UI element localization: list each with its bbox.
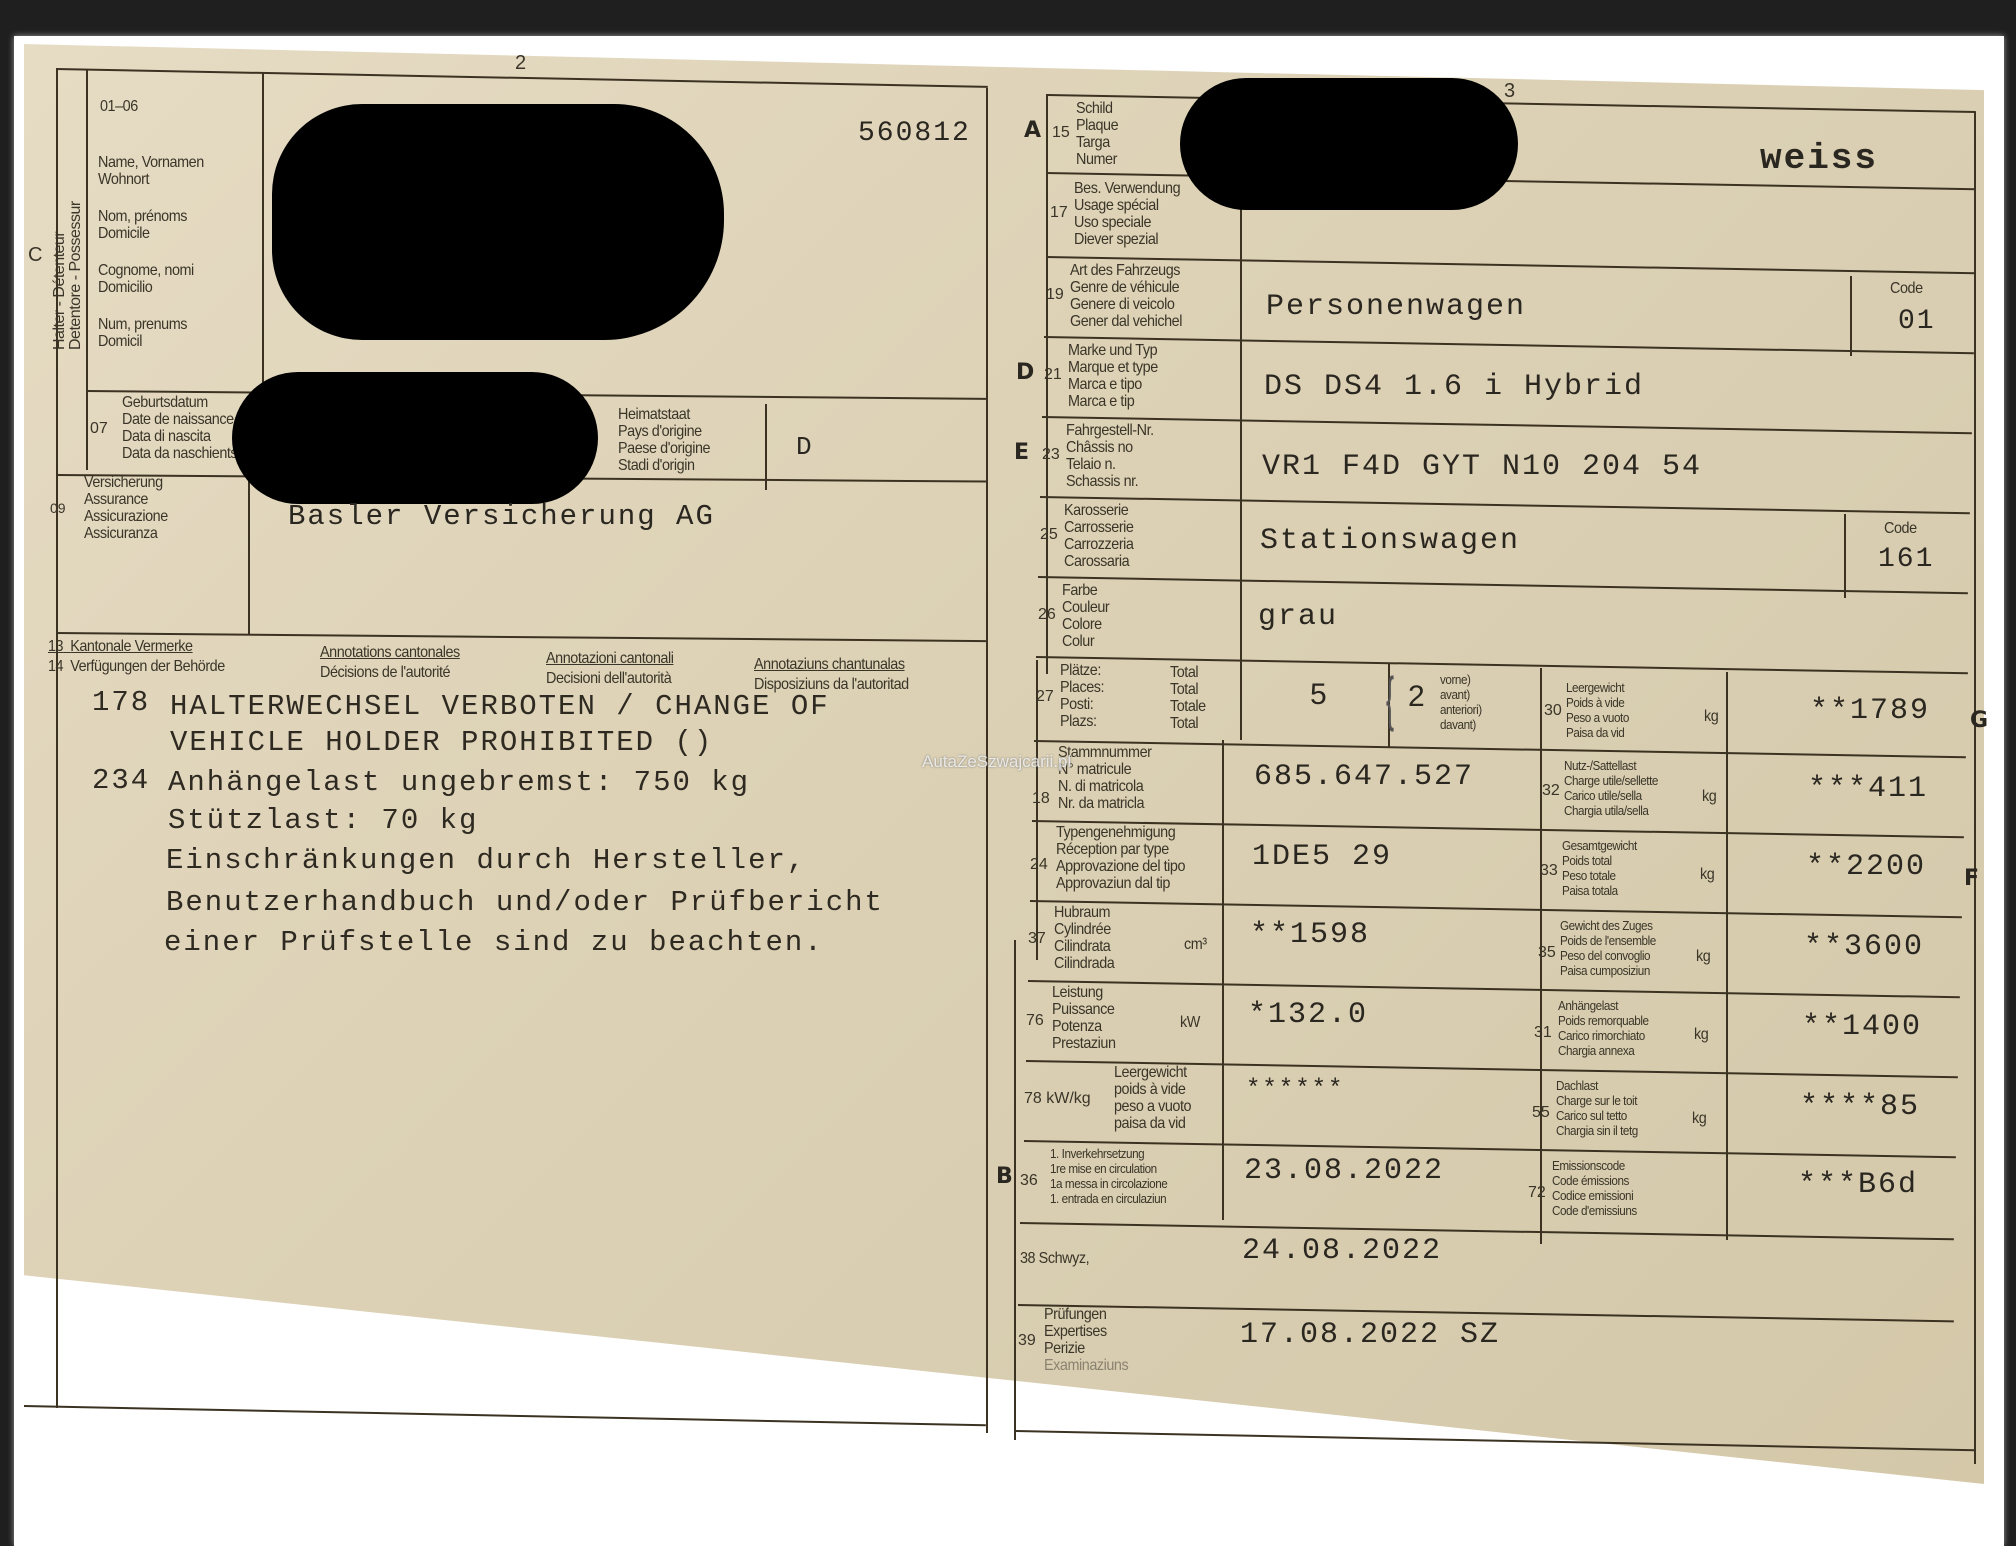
make-type-labels: Marke und TypMarque et typeMarca e tipoM… <box>1068 342 1158 410</box>
remark-line: einer Prüfstelle sind zu beachten. <box>164 924 824 962</box>
type-approval-labels: TypengenehmigungRéception par typeApprov… <box>1056 824 1185 892</box>
seats-total-value: 5 <box>1310 678 1329 712</box>
empty-weight-value: **1789 <box>1810 694 1930 728</box>
registration-number-labels: StammnummerN° matriculeN. di matricolaNr… <box>1058 744 1151 812</box>
seats-front-labels: vorne)avant)anteriori)davant) <box>1440 672 1482 732</box>
remark-line: Einschränkungen durch Hersteller, <box>166 842 806 880</box>
page-number-right: 3 <box>1504 80 1515 103</box>
body-code: 161 <box>1878 544 1934 575</box>
origin-value: D <box>796 432 814 462</box>
frame-line <box>86 70 88 470</box>
payload-labels: Nutz-/SattellastCharge utile/selletteCar… <box>1564 758 1658 818</box>
trailer-load-value: **1400 <box>1802 1010 1922 1044</box>
unit-kg: kg <box>1700 866 1714 883</box>
seats-brace: { <box>1386 664 1394 733</box>
frame-line <box>1726 672 1728 1240</box>
train-weight-value: **3600 <box>1804 930 1924 964</box>
first-registration-labels: 1. Inverkehrsetzung1re mise en circulati… <box>1050 1146 1167 1206</box>
side-letter-a: A <box>1024 118 1041 143</box>
remark-code: 234 <box>92 762 150 800</box>
roof-load-labels: DachlastCharge sur le toitCarico sul tet… <box>1556 1078 1638 1138</box>
row-code: 72 <box>1528 1184 1546 1202</box>
insurance-field-labels: Versicherung Assurance Assicurazione Ass… <box>84 474 168 542</box>
row-code: 76 <box>1026 1012 1044 1030</box>
emission-code-labels: EmissionscodeCode émissionsCodice emissi… <box>1552 1158 1637 1218</box>
power-weight-value: ****** <box>1246 1076 1344 1103</box>
row-code: 31 <box>1534 1024 1552 1042</box>
insurance-value: Basler Versicherung AG <box>288 500 715 533</box>
redacted-birth-date <box>232 372 598 504</box>
frame-line <box>1974 112 1976 1464</box>
remarks-header-13-it: Annotazioni cantonali <box>546 650 673 667</box>
vehicle-type-labels: Art des FahrzeugsGenre de véhiculeGenere… <box>1070 262 1182 330</box>
body-value: Stationswagen <box>1260 524 1520 558</box>
side-letter-g: G <box>1970 708 1988 733</box>
frame-line <box>1850 276 1852 356</box>
document-number: 560812 <box>858 118 971 149</box>
power-value: *132.0 <box>1248 998 1368 1032</box>
seats-total-labels: TotalTotalTotaleTotal <box>1170 664 1206 732</box>
remarks-header-13: 13 Kantonale Vermerke <box>48 638 193 655</box>
roof-load-value: ****85 <box>1800 1090 1920 1124</box>
window-top-bar <box>0 0 2016 28</box>
frame-line <box>248 474 250 634</box>
row-code: 36 <box>1020 1172 1038 1190</box>
plate-labels: SchildPlaqueTargaNumer <box>1076 100 1118 168</box>
remark-line: VEHICLE HOLDER PROHIBITED () <box>170 724 713 762</box>
row-code: 18 <box>1032 790 1050 808</box>
code-label: Code <box>1884 520 1917 537</box>
unit-kg: kg <box>1702 788 1716 805</box>
remark-code: 178 <box>92 684 150 722</box>
remark-line: Stützlast: 70 kg <box>168 802 478 840</box>
row-code: 27 <box>1036 688 1054 706</box>
power-labels: LeistungPuissancePotenzaPrestaziun <box>1052 984 1116 1052</box>
plate-color-value: weiss <box>1760 138 1878 179</box>
unit-kg: kg <box>1694 1026 1708 1043</box>
frame-line <box>262 72 264 392</box>
remarks-header-14-fr: Décisions de l'autorité <box>320 664 450 681</box>
frame-line <box>1046 94 1048 674</box>
holder-field-labels: Name, Vornamen Wohnort Nom, prénoms Domi… <box>98 154 204 350</box>
total-weight-value: **2200 <box>1806 850 1926 884</box>
holder-vertical-label: Halter - Détenteur Detentore - Possessur <box>52 201 84 350</box>
frame-line <box>765 404 767 490</box>
issue-date-value: 24.08.2022 <box>1242 1234 1442 1268</box>
row-code: 24 <box>1030 856 1048 874</box>
unit-kg: kg <box>1696 948 1710 965</box>
displacement-unit: cm³ <box>1184 936 1207 953</box>
trailer-load-labels: AnhängelastPoids remorquableCarico rimor… <box>1558 998 1649 1058</box>
payload-value: ***411 <box>1808 772 1928 806</box>
seats-labels: Plätze:Places:Posti:Plazs: <box>1060 662 1104 730</box>
vehicle-type-code: 01 <box>1898 306 1936 337</box>
row-code: 15 <box>1052 124 1070 142</box>
remarks-header-13-fr: Annotations cantonales <box>320 644 460 661</box>
row-code: 39 <box>1018 1332 1036 1350</box>
registration-number-value: 685.647.527 <box>1254 760 1474 794</box>
remarks-header-14-it: Decisioni dell'autorità <box>546 670 671 687</box>
origin-field-labels: Heimatstaat Pays d'origine Paese d'origi… <box>618 406 710 474</box>
row-code: 23 <box>1042 446 1060 464</box>
side-letter-c: C <box>28 244 42 267</box>
frame-line <box>1014 940 1016 1440</box>
side-letter-b: B <box>996 1164 1013 1189</box>
color-labels: FarbeCouleurColoreColur <box>1062 582 1109 650</box>
power-weight-labels: Leergewichtpoids à videpeso a vuotopaisa… <box>1114 1064 1191 1132</box>
empty-weight-labels: LeergewichtPoids à videPeso a vuotoPaisa… <box>1566 680 1629 740</box>
row-code: 30 <box>1544 702 1562 720</box>
emission-code-value: ***B6d <box>1798 1168 1918 1202</box>
inspection-labels: PrüfungenExpertisesPerizieExaminaziuns <box>1044 1306 1128 1374</box>
side-letter-e: E <box>1014 440 1029 465</box>
row-code: 21 <box>1044 366 1062 384</box>
first-registration-value: 23.08.2022 <box>1244 1154 1444 1188</box>
remark-line: Anhängelast ungebremst: 750 kg <box>168 764 750 802</box>
power-unit: kW <box>1180 1014 1200 1031</box>
inspection-value: 17.08.2022 SZ <box>1240 1318 1500 1352</box>
color-value: grau <box>1258 600 1338 634</box>
row-code: 32 <box>1542 782 1560 800</box>
row-code: 17 <box>1050 204 1068 222</box>
row-code: 37 <box>1028 930 1046 948</box>
total-weight-labels: GesamtgewichtPoids totalPeso totalePaisa… <box>1562 838 1637 898</box>
insurance-field-code: 09 <box>50 500 66 516</box>
frame-line <box>1240 180 1242 740</box>
remark-line: HALTERWECHSEL VERBOTEN / CHANGE OF <box>170 688 830 726</box>
displacement-value: **1598 <box>1250 918 1370 952</box>
remark-line: Benutzerhandbuch und/oder Prüfbericht <box>166 884 884 922</box>
special-use-labels: Bes. VerwendungUsage spécialUso speciale… <box>1074 180 1180 248</box>
unit-kg: kg <box>1704 708 1718 725</box>
row-code: 19 <box>1046 286 1064 304</box>
row-code: 55 <box>1532 1104 1550 1122</box>
seats-front-value: 2 <box>1408 680 1427 714</box>
frame-line <box>1844 514 1846 598</box>
body-labels: KarosserieCarrosserieCarrozzeriaCarossar… <box>1064 502 1133 570</box>
unit-kg: kg <box>1692 1110 1706 1127</box>
issue-place-label: 38 Schwyz, <box>1020 1250 1089 1267</box>
watermark: AutaZeSzwajcarii.pl <box>922 752 1071 772</box>
redacted-holder-name <box>272 104 724 340</box>
type-approval-value: 1DE5 29 <box>1252 840 1392 874</box>
vehicle-type-value: Personenwagen <box>1266 290 1526 324</box>
row-code: 78 kW/kg <box>1024 1090 1091 1108</box>
page-number-left: 2 <box>515 52 526 75</box>
row-code: 26 <box>1038 606 1056 624</box>
holder-field-code: 01–06 <box>100 98 138 115</box>
row-code: 25 <box>1040 526 1058 544</box>
chassis-labels: Fahrgestell-Nr.Châssis noTelaio n.Schass… <box>1066 422 1154 490</box>
chassis-value: VR1 F4D GYT N10 204 54 <box>1262 450 1702 484</box>
row-code: 33 <box>1540 862 1558 880</box>
side-letter-d: D <box>1016 360 1034 385</box>
displacement-labels: HubraumCylindréeCilindrataCilindrada <box>1054 904 1114 972</box>
row-code: 35 <box>1538 944 1556 962</box>
frame-line <box>1222 740 1224 1220</box>
side-letter-f: F <box>1964 866 1979 891</box>
train-weight-labels: Gewicht des ZugesPoids de l'ensemblePeso… <box>1560 918 1656 978</box>
remarks-header-13-rm: Annotaziuns chantunalas <box>754 656 905 673</box>
remarks-header-14: 14 Verfügungen der Behörde <box>48 658 225 675</box>
code-label: Code <box>1890 280 1923 297</box>
make-type-value: DS DS4 1.6 i Hybrid <box>1264 370 1644 404</box>
redacted-plate-number <box>1180 78 1518 210</box>
birth-field-code: 07 <box>90 420 108 438</box>
